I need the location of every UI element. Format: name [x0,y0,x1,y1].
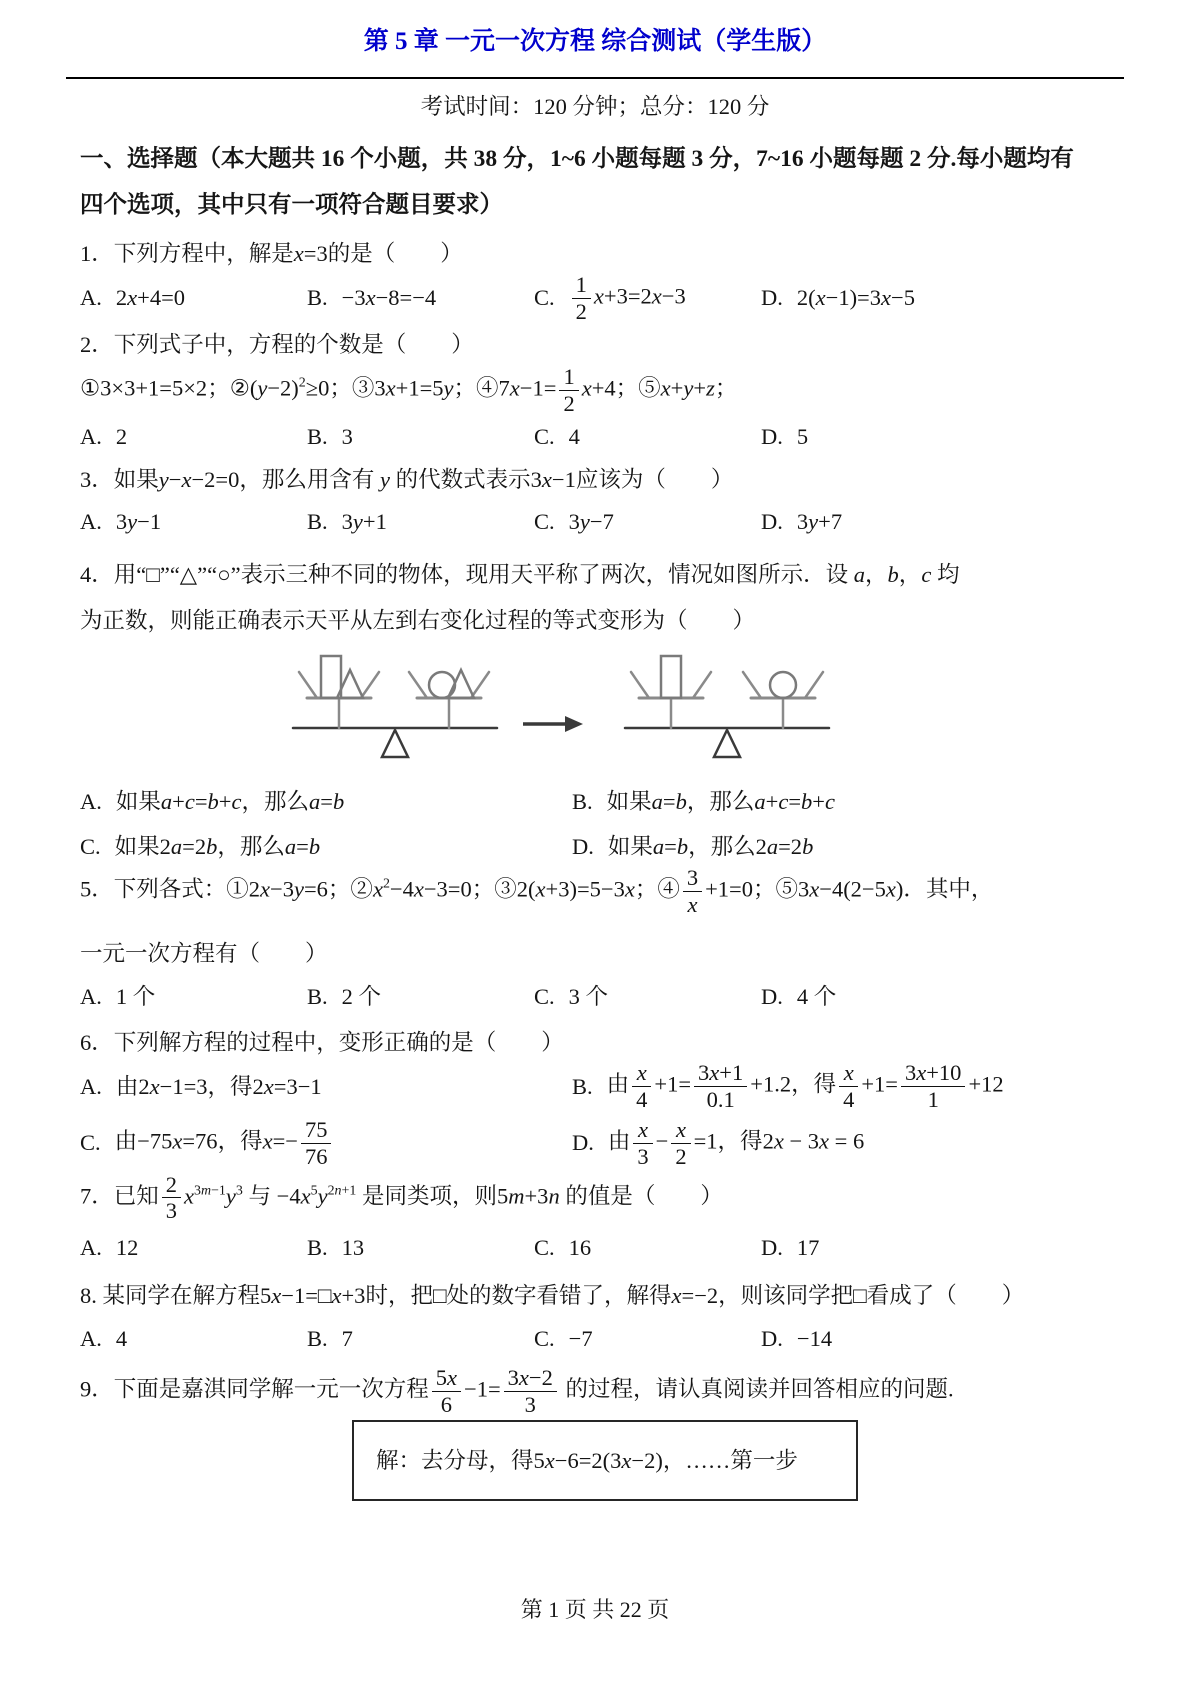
question-6-options: A.由2x−1=3，得2x=3−1B.由x4+1=3x+10.1+1.2，得x4… [80,1060,1110,1170]
question-3-options-b: B.3y+1 [307,506,534,538]
question-6-options-c: C.由−75x=76，得x=−7576 [80,1117,572,1170]
question-4-options-b: B.如果a=b，那么a+c=b+c [572,786,1110,818]
question-2-expressions: ①3×3+1=5×2；②(y−2)2≥0；③3x+1=5y；④7x−1=12x+… [80,364,1110,417]
question-6-stem: 6．下列解方程的过程中，变形正确的是（ ） [80,1027,1110,1059]
option-content: 2 [116,421,127,453]
question-4-options-c: C.如果2a=2b，那么a=b [80,831,572,863]
option-content: 16 [569,1232,592,1264]
option-label: B. [307,421,328,453]
option-content: 2 个 [342,981,381,1013]
question-3-options-a: A.3y−1 [80,506,307,538]
option-content: 13 [342,1232,365,1264]
question-2-stem: 2．下列式子中，方程的个数是（ ） [80,329,1110,361]
section-heading-line1: 一、选择题（本大题共 16 个小题，共 38 分，1~6 小题每题 3 分，7~… [80,143,1110,176]
question-1-options-a: A.2x+4=0 [80,282,307,314]
question-2-options-b: B.3 [307,421,534,453]
divider-rule [66,77,1124,79]
option-label: A. [80,282,102,314]
question-4-stem-line2: 为正数，则能正确表示天平从左到右变化过程的等式变形为（ ） [80,605,1110,637]
option-label: B. [307,282,328,314]
option-label: B. [572,1071,593,1103]
left-pan [299,672,379,728]
option-content: 3y−7 [569,506,614,538]
question-3-options-d: D.3y+7 [761,506,1110,538]
question-8-options-d: D.−14 [761,1323,1110,1355]
option-label: D. [572,1127,594,1159]
option-content: −3x−8=−4 [342,282,437,314]
question-2-options: A.2B.3C.4D.5 [80,421,1110,453]
question-2-options-c: C.4 [534,421,761,453]
option-content: −7 [569,1323,593,1355]
question-5-options-d: D.4 个 [761,981,1110,1013]
left-pan [631,672,711,728]
option-label: C. [534,506,555,538]
option-content: 3y+7 [797,506,842,538]
option-content: 由−75x=76，得x=−7576 [115,1117,335,1170]
option-content: 12 [116,1232,139,1264]
question-8-options-b: B.7 [307,1323,534,1355]
option-label: C. [534,1232,555,1264]
square-object [661,656,681,698]
question-7-options: A.12B.13C.16D.17 [80,1232,1110,1264]
circle-and-triangle-objects [429,670,474,698]
option-label: B. [307,981,328,1013]
question-5-options-a: A.1 个 [80,981,307,1013]
question-3-options: A.3y−1B.3y+1C.3y−7D.3y+7 [80,506,1110,538]
question-1-stem: 1．下列方程中，解是x=3的是（ ） [80,238,1110,270]
option-content: 1 个 [116,981,155,1013]
option-label: D. [761,506,783,538]
option-content: 3 [342,421,353,453]
option-label: C. [534,1323,555,1355]
question-1-options: A.2x+4=0B.−3x−8=−4C.12x+3=2x−3D.2(x−1)=3… [80,272,1110,325]
option-label: C. [534,421,555,453]
question-5-stem: 5．下列各式：①2x−3y=6；②x2−4x−3=0；③2(x+3)=5−3x；… [80,865,1110,918]
square-and-triangle-objects [321,656,363,698]
exam-page: 第 5 章 一元一次方程 综合测试（学生版） 考试时间：120 分钟；总分：12… [0,0,1190,1682]
option-label: A. [80,421,102,453]
question-1-options-b: B.−3x−8=−4 [307,282,534,314]
option-content: 如果a=b，那么a+c=b+c [607,786,835,818]
question-5-options: A.1 个B.2 个C.3 个D.4 个 [80,981,1110,1013]
question-6-options-d: D.由x3−x2=1，得2x − 3x = 6 [572,1117,1110,1170]
balance-left-scale [293,656,497,757]
solution-step-line: 解：去分母，得5x−6=2(3x−2)，……第一步 [376,1445,846,1477]
option-content: 2x+4=0 [116,282,185,314]
option-content: 由x3−x2=1，得2x − 3x = 6 [608,1117,864,1170]
question-8-stem: 8. 某同学在解方程5x−1=□x+3时，把□处的数字看错了，解得x=−2，则该… [80,1280,1110,1312]
option-label: A. [80,786,102,818]
option-content: 由2x−1=3，得2x=3−1 [116,1071,322,1103]
question-7-options-b: B.13 [307,1232,534,1264]
question-2-options-a: A.2 [80,421,307,453]
option-content: 由x4+1=3x+10.1+1.2，得x4+1=3x+101+12 [607,1060,1004,1113]
option-label: D. [572,831,594,863]
option-label: D. [761,421,783,453]
right-pan [409,672,489,728]
question-8-options-c: C.−7 [534,1323,761,1355]
balance-right-scale [625,656,829,757]
right-pan [743,672,823,728]
option-content: 2(x−1)=3x−5 [797,282,915,314]
option-label: C. [80,831,101,863]
option-content: 3y+1 [342,506,387,538]
question-3-stem: 3．如果y−x−2=0，那么用含有 y 的代数式表示3x−1应该为（ ） [80,464,1110,496]
question-8-options: A.4B.7C.−7D.−14 [80,1323,1110,1355]
question-5-options-b: B.2 个 [307,981,534,1013]
option-content: 如果a=b，那么2a=2b [608,831,813,863]
question-4-options-d: D.如果a=b，那么2a=2b [572,831,1110,863]
page-footer: 第 1 页 共 22 页 [0,1595,1190,1626]
option-label: A. [80,1323,102,1355]
question-5-options-c: C.3 个 [534,981,761,1013]
question-7-options-d: D.17 [761,1232,1110,1264]
question-9-stem: 9．下面是嘉淇同学解一元一次方程5x6−1=3x−23 的过程，请认真阅读并回答… [80,1365,1110,1418]
balance-figure [265,640,1110,774]
balance-scales-illustration [265,640,885,765]
question-8-options-a: A.4 [80,1323,307,1355]
question-4-stem-line1: 4．用“□”“△”“○”表示三种不同的物体，现用天平称了两次，情况如图所示．设 … [80,559,1110,591]
question-1-options-d: D.2(x−1)=3x−5 [761,282,1110,314]
option-content: 5 [797,421,808,453]
exam-info: 考试时间：120 分钟；总分：120 分 [80,91,1110,123]
solution-box: 解：去分母，得5x−6=2(3x−2)，……第一步 [352,1420,858,1502]
option-content: 12x+3=2x−3 [569,272,686,325]
question-3-options-c: C.3y−7 [534,506,761,538]
page-title: 第 5 章 一元一次方程 综合测试（学生版） [80,24,1110,59]
question-1-options-c: C.12x+3=2x−3 [534,272,761,325]
option-label: B. [307,1323,328,1355]
question-7-options-a: A.12 [80,1232,307,1264]
option-label: D. [761,981,783,1013]
transform-arrow-icon [523,716,583,732]
option-label: C. [534,981,555,1013]
option-content: 如果2a=2b，那么a=b [115,831,320,863]
question-6-options-a: A.由2x−1=3，得2x=3−1 [80,1071,572,1103]
option-label: A. [80,506,102,538]
question-4-options: A.如果a+c=b+c，那么a=bB.如果a=b，那么a+c=b+cC.如果2a… [80,786,1110,863]
option-label: A. [80,981,102,1013]
question-2-options-d: D.5 [761,421,1110,453]
question-6-options-b: B.由x4+1=3x+10.1+1.2，得x4+1=3x+101+12 [572,1060,1110,1113]
option-content: 4 个 [797,981,836,1013]
option-label: B. [572,786,593,818]
option-label: D. [761,1232,783,1264]
option-content: 如果a+c=b+c，那么a=b [116,786,344,818]
option-content: 3y−1 [116,506,161,538]
question-4-options-a: A.如果a+c=b+c，那么a=b [80,786,572,818]
option-content: −14 [797,1323,832,1355]
option-label: A. [80,1071,102,1103]
option-label: A. [80,1232,102,1264]
option-label: C. [534,282,555,314]
option-content: 17 [797,1232,820,1264]
option-content: 3 个 [569,981,608,1013]
option-label: B. [307,1232,328,1264]
circle-object [770,672,796,698]
option-label: D. [761,282,783,314]
option-label: C. [80,1127,101,1159]
question-5-stem-cont: 一元一次方程有（ ） [80,938,1110,970]
question-7-options-c: C.16 [534,1232,761,1264]
option-label: D. [761,1323,783,1355]
question-7-stem: 7．已知23x3m−1y3 与 −4x5y2n+1 是同类项，则5m+3n 的值… [80,1172,1110,1225]
option-content: 7 [342,1323,353,1355]
section-heading-line2: 四个选项，其中只有一项符合题目要求） [80,189,1110,222]
option-label: B. [307,506,328,538]
option-content: 4 [116,1323,127,1355]
option-content: 4 [569,421,580,453]
